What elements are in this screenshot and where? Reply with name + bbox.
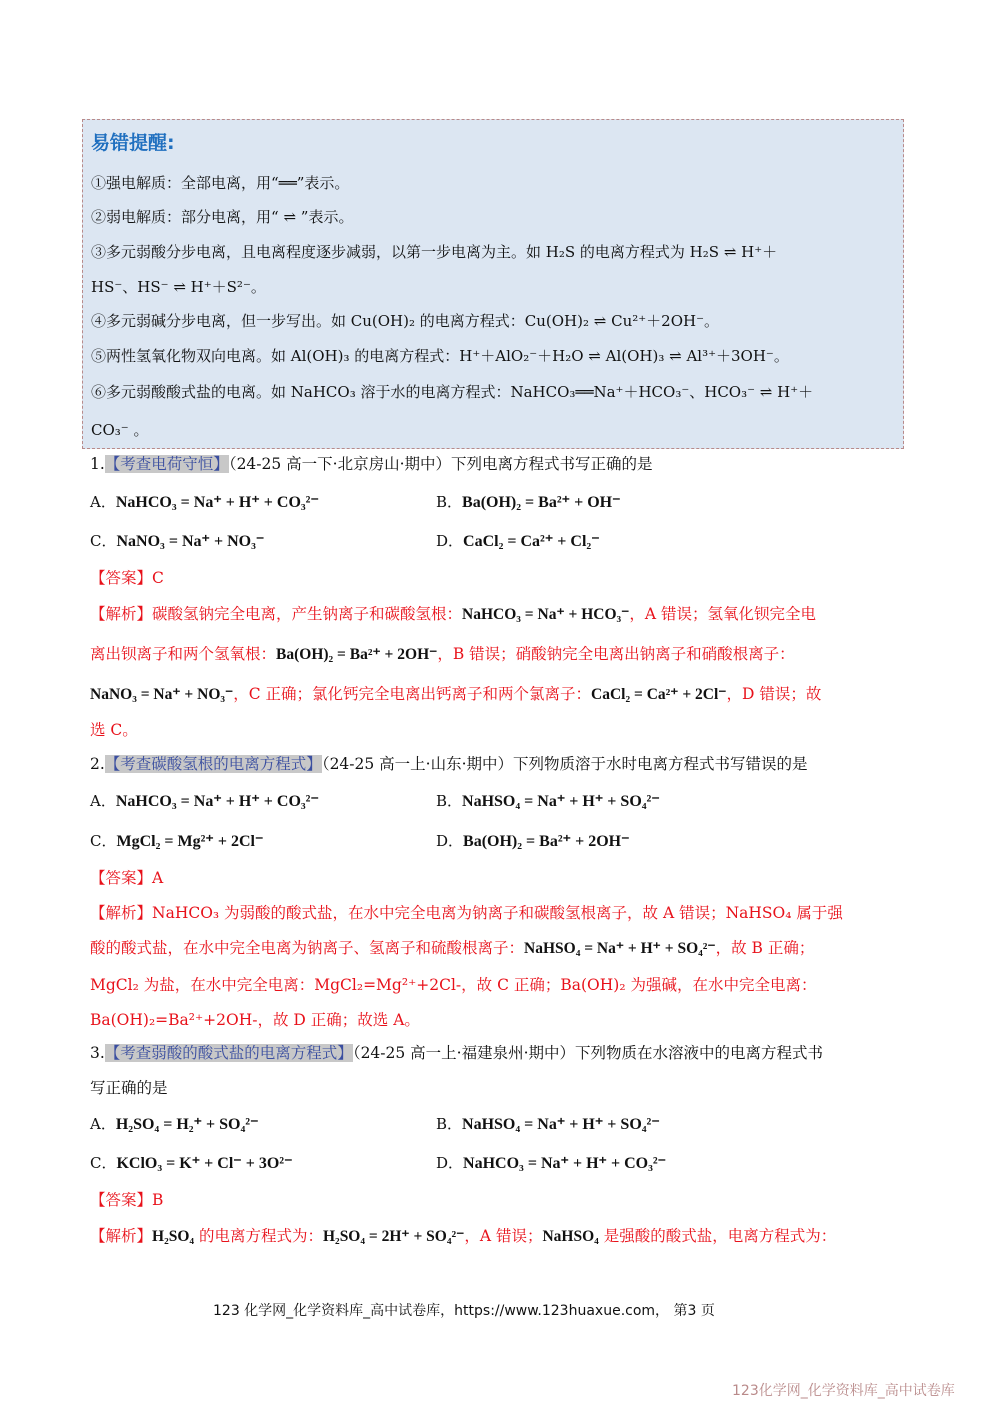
- analysis-1-line-3: NaNO₃ = Na⁺ + NO₃⁻，C 正确；氯化钙完全电离出钙离子和两个氯离…: [90, 682, 821, 704]
- option-a: A．NaHCO₃ = Na⁺ + H⁺ + CO₃²⁻: [90, 491, 319, 512]
- question-2-stem: 2.【考查碳酸氢根的电离方程式】（24-25 高一上·山东·期中）下列物质溶于水…: [90, 752, 808, 774]
- tip-line-6: ⑤两性氢氧化物双向电离。如 Al(OH)₃ 的电离方程式：H⁺＋AlO₂⁻＋H₂…: [91, 345, 789, 366]
- option-c: C．KClO₃ = K⁺ + Cl⁻ + 3O²⁻: [90, 1152, 293, 1173]
- question-1-stem: 1.【考查电荷守恒】（24-25 高一下·北京房山·期中）下列电离方程式书写正确…: [90, 452, 653, 474]
- tip-line-7: ⑥多元弱酸酸式盐的电离。如 NaHCO₃ 溶于水的电离方程式：NaHCO₃══N…: [91, 381, 813, 402]
- watermark: 123化学网_化学资料库_高中试卷库: [732, 1380, 955, 1400]
- analysis-1-line-1: 【解析】碳酸氢钠完全电离，产生钠离子和碳酸氢根：NaHCO₃ = Na⁺ + H…: [90, 602, 816, 624]
- option-d: D．CaCl₂ = Ca²⁺ + Cl₂⁻: [436, 530, 600, 551]
- answer-3: 【答案】B: [90, 1188, 163, 1210]
- option-b: B．NaHSO₄ = Na⁺ + H⁺ + SO₄²⁻: [436, 1113, 660, 1134]
- option-b: B．NaHSO₄ = Na⁺ + H⁺ + SO₄²⁻: [436, 790, 660, 811]
- topic-tag: 【考查电荷守恒】: [105, 455, 229, 473]
- option-b: B．Ba(OH)₂ = Ba²⁺ + OH⁻: [436, 491, 621, 512]
- tip-line-1: ①强电解质：全部电离，用“══”表示。: [91, 172, 349, 193]
- answer-1: 【答案】C: [90, 566, 164, 588]
- analysis-3-line-1: 【解析】H₂SO₄ 的电离方程式为：H₂SO₄ = 2H⁺ + SO₄²⁻，A …: [90, 1224, 836, 1246]
- page-footer: 123 化学网_化学资料库_高中试卷库，https://www.123huaxu…: [213, 1300, 715, 1320]
- question-text: （24-25 高一上·福建泉州·期中）下列物质在水溶液中的电离方程式书: [353, 1044, 823, 1062]
- analysis-2-line-2: 酸的酸式盐，在水中完全电离为钠离子、氢离子和硫酸根离子：NaHSO₄ = Na⁺…: [90, 936, 814, 958]
- tip-line-5: ④多元弱碱分步电离，但一步写出。如 Cu(OH)₂ 的电离方程式：Cu(OH)₂…: [91, 310, 719, 331]
- tip-line-8: CO₃⁻ 。: [91, 419, 148, 440]
- question-text: （24-25 高一上·山东·期中）下列物质溶于水时电离方程式书写错误的是: [322, 755, 808, 773]
- topic-tag: 【考查弱酸的酸式盐的电离方程式】: [105, 1044, 353, 1062]
- analysis-2-line-4: Ba(OH)₂=Ba²⁺+2OH-，故 D 正确；故选 A。: [90, 1008, 420, 1030]
- tip-line-3: ③多元弱酸分步电离，且电离程度逐步减弱，以第一步电离为主。如 H₂S 的电离方程…: [91, 241, 777, 262]
- option-a: A．H₂SO₄ = H₂⁺ + SO₄²⁻: [90, 1113, 259, 1134]
- question-number: 2.: [90, 755, 105, 773]
- question-3-stem-cont: 写正确的是: [90, 1076, 168, 1098]
- option-c: C．MgCl₂ = Mg²⁺ + 2Cl⁻: [90, 830, 263, 851]
- question-number: 1.: [90, 455, 105, 473]
- analysis-1-line-2: 离出钡离子和两个氢氧根：Ba(OH)₂ = Ba²⁺ + 2OH⁻，B 错误；硝…: [90, 642, 795, 664]
- option-c: C．NaNO₃ = Na⁺ + NO₃⁻: [90, 530, 264, 551]
- question-3-stem: 3.【考查弱酸的酸式盐的电离方程式】（24-25 高一上·福建泉州·期中）下列物…: [90, 1041, 823, 1063]
- option-d: D．NaHCO₃ = Na⁺ + H⁺ + CO₃²⁻: [436, 1152, 666, 1173]
- analysis-1-line-4: 选 C。: [90, 718, 138, 740]
- topic-tag: 【考查碳酸氢根的电离方程式】: [105, 755, 322, 773]
- answer-2: 【答案】A: [90, 866, 163, 888]
- tip-box: 易错提醒: ①强电解质：全部电离，用“══”表示。 ②弱电解质：部分电离，用“ …: [82, 119, 904, 449]
- question-number: 3.: [90, 1044, 105, 1062]
- question-text: （24-25 高一下·北京房山·期中）下列电离方程式书写正确的是: [229, 455, 653, 473]
- tip-line-2: ②弱电解质：部分电离，用“ ⇌ ”表示。: [91, 206, 353, 227]
- tip-title: 易错提醒:: [91, 128, 175, 155]
- analysis-2-line-3: MgCl₂ 为盐，在水中完全电离：MgCl₂=Mg²⁺+2Cl-，故 C 正确；…: [90, 973, 816, 995]
- tip-line-4: HS⁻、HS⁻ ⇌ H⁺＋S²⁻。: [91, 276, 266, 297]
- option-d: D．Ba(OH)₂ = Ba²⁺ + 2OH⁻: [436, 830, 630, 851]
- option-a: A．NaHCO₃ = Na⁺ + H⁺ + CO₃²⁻: [90, 790, 319, 811]
- analysis-2-line-1: 【解析】NaHCO₃ 为弱酸的酸式盐，在水中完全电离为钠离子和碳酸氢根离子，故 …: [90, 901, 843, 923]
